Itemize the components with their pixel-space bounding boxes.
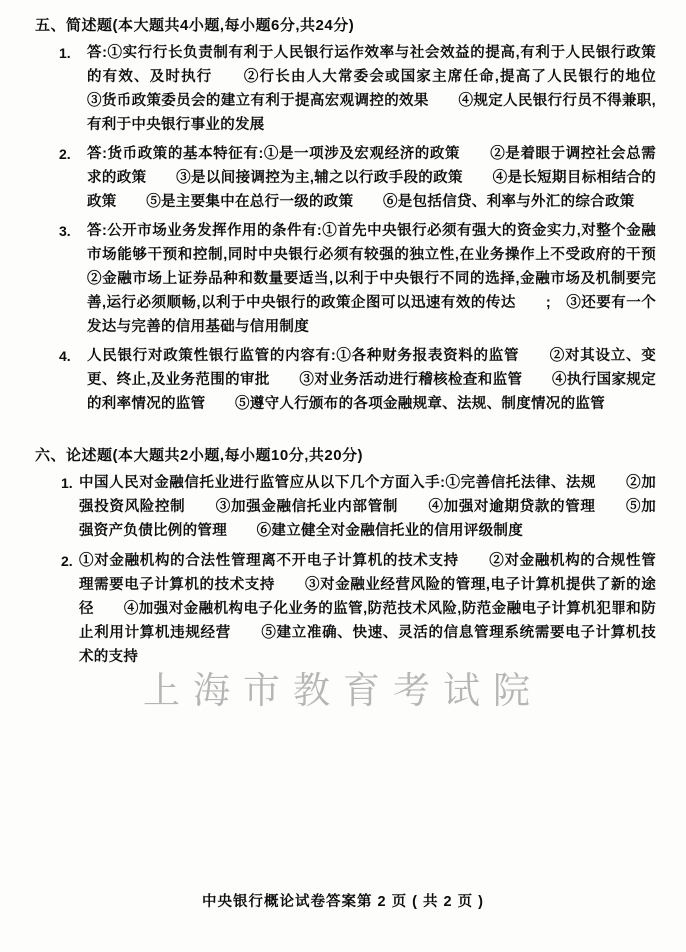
answer-item: 2. ①对金融机构的合法性管理离不开电子计算机的技术支持 ②对金融机构的合规性管… — [61, 549, 656, 669]
item-number: 2. — [59, 142, 87, 214]
item-number: 4. — [59, 344, 87, 416]
section-6-heading: 六、论述题(本大题共2小题,每小题10分,共20分) — [35, 443, 656, 469]
item-number: 2. — [61, 549, 79, 669]
item-text: 中国人民对金融信托业进行监管应从以下几个方面入手:①完善信托法律、法规 ②加强投… — [79, 471, 656, 543]
item-number: 1. — [61, 471, 79, 543]
answer-item: 1. 中国人民对金融信托业进行监管应从以下几个方面入手:①完善信托法律、法规 ②… — [61, 471, 656, 543]
answer-item: 2. 答:货币政策的基本特征有:①是一项涉及宏观经济的政策 ②是着眼于调控社会总… — [59, 142, 656, 214]
section-short-answer: 五、简述题(本大题共4小题,每小题6分,共24分) 1. 答:①实行行长负责制有… — [35, 13, 656, 416]
section-5-items: 1. 答:①实行行长负责制有利于人民银行运作效率与社会效益的提高,有利于人民银行… — [35, 41, 656, 416]
item-text: 人民银行对政策性银行监管的内容有:①各种财务报表资料的监管 ②对其设立、变更、终… — [87, 344, 656, 416]
page-content: 五、简述题(本大题共4小题,每小题6分,共24分) 1. 答:①实行行长负责制有… — [0, 0, 686, 669]
scanned-exam-answer-page: 五、简述题(本大题共4小题,每小题6分,共24分) 1. 答:①实行行长负责制有… — [0, 0, 686, 952]
answer-item: 3. 答:公开市场业务发挥作用的条件有:①首先中央银行必须有强大的资金实力,对整… — [59, 219, 656, 339]
item-text: 答:①实行行长负责制有利于人民银行运作效率与社会效益的提高,有利于人民银行政策的… — [87, 41, 656, 137]
section-5-heading: 五、简述题(本大题共4小题,每小题6分,共24分) — [35, 13, 656, 39]
item-number: 3. — [59, 219, 87, 339]
item-text: ①对金融机构的合法性管理离不开电子计算机的技术支持 ②对金融机构的合规性管理需要… — [79, 549, 656, 669]
item-text: 答:公开市场业务发挥作用的条件有:①首先中央银行必须有强大的资金实力,对整个金融… — [87, 219, 656, 339]
institution-watermark: 上海市教育考试院 — [0, 660, 686, 714]
section-6-items: 1. 中国人民对金融信托业进行监管应从以下几个方面入手:①完善信托法律、法规 ②… — [35, 471, 656, 669]
item-number: 1. — [59, 41, 87, 137]
item-text: 答:货币政策的基本特征有:①是一项涉及宏观经济的政策 ②是着眼于调控社会总需求的… — [87, 142, 656, 214]
section-essay: 六、论述题(本大题共2小题,每小题10分,共20分) 1. 中国人民对金融信托业… — [35, 443, 656, 669]
answer-item: 4. 人民银行对政策性银行监管的内容有:①各种财务报表资料的监管 ②对其设立、变… — [59, 344, 656, 416]
page-footer: 中央银行概论试卷答案第 2 页 ( 共 2 页 ) — [0, 890, 686, 911]
answer-item: 1. 答:①实行行长负责制有利于人民银行运作效率与社会效益的提高,有利于人民银行… — [59, 41, 656, 137]
